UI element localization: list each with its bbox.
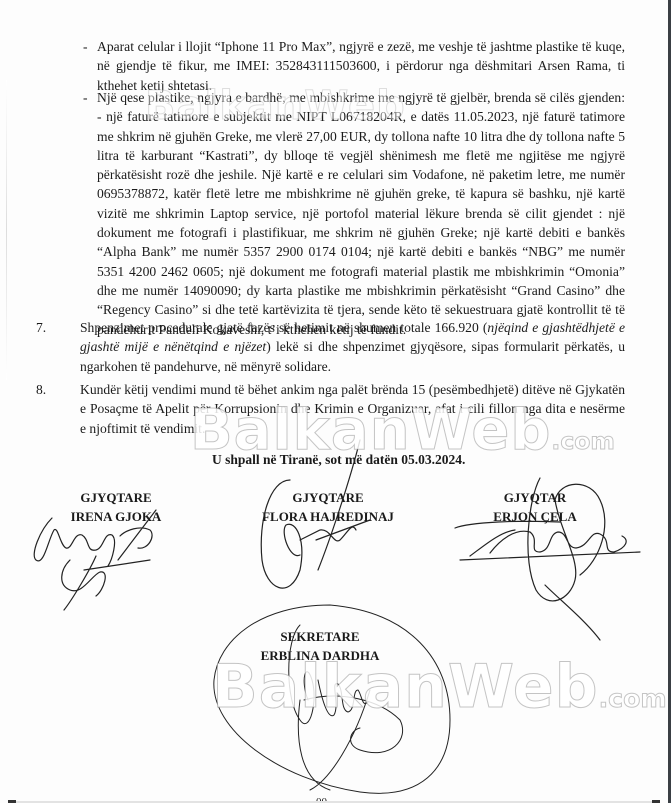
signatory-title: GJYQTARE (56, 488, 176, 507)
item-bullet-phone: Aparat celular i llojit “Iphone 11 Pro M… (97, 37, 625, 95)
scan-edge-line (6, 80, 7, 380)
signatory-erjon-cela: GJYQTAR ERJON ÇELA (475, 488, 595, 526)
signatory-irena-gjoka: GJYQTARE IRENA GJOKA (56, 488, 176, 526)
watermark-suffix: .com (599, 684, 667, 713)
signatory-name: ERJON ÇELA (475, 507, 595, 526)
signatory-erblina-dardha: SEKRETARE ERBLINA DARDHA (260, 627, 380, 665)
item-bullet-bag: Një qese plastike, ngjyra e bardhë, me m… (97, 88, 625, 339)
point-7-text: Shpenzimet procedurale gjatë fazës së he… (80, 318, 625, 376)
announcement-line: U shpall në Tiranë, sot më datën 05.03.2… (212, 452, 465, 468)
point-7-text-a: Shpenzimet procedurale gjatë fazës së he… (80, 320, 487, 335)
signatory-name: IRENA GJOKA (56, 507, 176, 526)
point-8-number: 8. (36, 380, 46, 399)
point-8-text: Kundër këtij vendimi mund të bëhet ankim… (80, 380, 625, 438)
signatory-name: ERBLINA DARDHA (260, 646, 380, 665)
signatory-name: FLORA HAJREDINAJ (253, 507, 403, 526)
document-page: - Aparat celular i llojit “Iphone 11 Pro… (0, 0, 668, 803)
bullet-marker: - (83, 37, 88, 56)
signatory-title: GJYQTARE (253, 488, 403, 507)
signatory-title: GJYQTAR (475, 488, 595, 507)
point-7-number: 7. (36, 318, 46, 337)
bullet-marker: - (83, 88, 88, 107)
signatory-flora-hajredinaj: GJYQTARE FLORA HAJREDINAJ (253, 488, 403, 526)
signatory-title: SEKRETARE (260, 627, 380, 646)
